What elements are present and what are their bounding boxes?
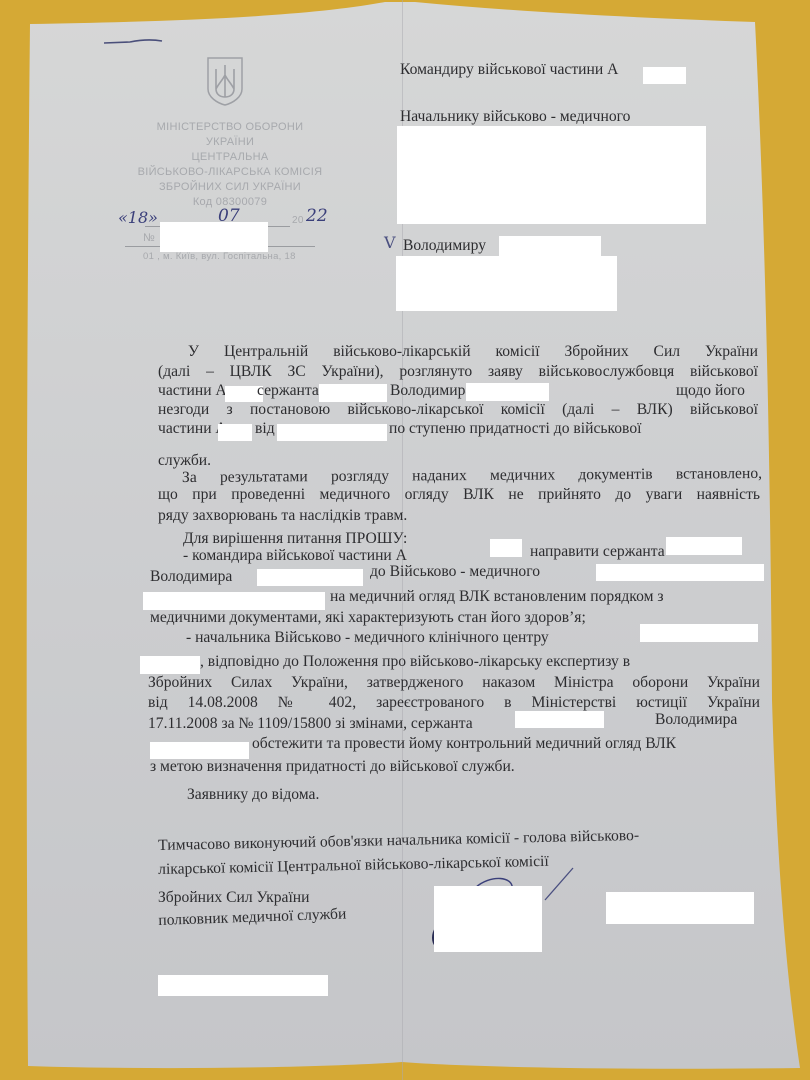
letterhead-line: УКРАЇНИ: [120, 135, 340, 150]
body-line: ряду захворювань та наслідків травм.: [158, 506, 407, 526]
redaction: [466, 383, 549, 401]
body-fragment: 17.11.2008 за № 1109/15800 зі змінами, с…: [148, 714, 473, 734]
date-year: 22: [306, 206, 328, 226]
redaction: [596, 564, 764, 581]
body-line: незгоди з постановою військово-лікарсько…: [158, 400, 758, 420]
body-fragment: Володимира: [150, 567, 232, 587]
redaction: [277, 424, 387, 441]
letterhead-block: МІНІСТЕРСТВО ОБОРОНИ УКРАЇНИ ЦЕНТРАЛЬНА …: [120, 120, 340, 210]
addressee-recipient: Володимиру: [403, 236, 486, 256]
trident-coat-of-arms-icon: [205, 55, 245, 107]
redaction: [257, 569, 363, 586]
signature-line: Збройних Сил України: [158, 888, 309, 908]
body-fragment: частини А: [158, 419, 227, 439]
redaction: [160, 222, 268, 252]
closing-note: Заявнику до відома.: [187, 785, 319, 805]
body-fragment: направити сержанта: [530, 542, 665, 562]
letterhead-line: ЦЕНТРАЛЬНА: [120, 150, 340, 165]
body-fragment: , відповідно до Положення про військово-…: [200, 652, 630, 672]
body-fragment: від: [255, 419, 275, 439]
redaction: [396, 256, 617, 311]
redaction: [606, 892, 754, 924]
body-line: У Центральній військово-лікарській коміс…: [188, 342, 758, 362]
date-day: «18»: [118, 208, 158, 227]
number-label: №: [143, 232, 155, 244]
pen-scribble-mark: [100, 34, 170, 50]
redaction: [640, 624, 758, 642]
body-line: За результатами розгляду наданих медични…: [182, 464, 762, 488]
date-year-prefix: 20: [292, 215, 304, 226]
letterhead-line: ВІЙСЬКОВО-ЛІКАРСЬКА КОМІСІЯ: [120, 165, 340, 180]
body-fragment: Володимира: [390, 381, 472, 401]
redaction: [218, 424, 252, 441]
redaction: [515, 711, 604, 728]
body-fragment: - начальника Військово - медичного кліні…: [186, 628, 549, 648]
redaction: [158, 975, 328, 996]
body-fragment: по ступеню придатності до військової: [389, 419, 641, 439]
redaction: [643, 67, 686, 84]
body-fragment: сержанта: [257, 381, 319, 401]
redaction: [499, 236, 601, 256]
letterhead-address: 01 , м. Київ, вул. Госпітальна, 18: [143, 251, 296, 262]
letterhead-line: ЗБРОЙНИХ СИЛ УКРАЇНИ: [120, 180, 340, 195]
addressee-commander: Командиру військової частини А: [400, 60, 618, 80]
body-fragment: Володимира: [655, 710, 737, 730]
body-line: (далі – ЦВЛК ЗС України), розглянуто зая…: [158, 362, 758, 382]
body-fragment: до Військово - медичного: [370, 562, 540, 582]
body-line: що при проведенні медичного огляду ВЛК н…: [158, 485, 760, 505]
body-fragment: на медичний огляд ВЛК встановленим поряд…: [330, 587, 664, 607]
body-fragment: обстежити та провести йому контрольний м…: [252, 734, 676, 754]
body-line: з метою визначення придатності до військ…: [150, 757, 515, 777]
redaction: [140, 656, 200, 674]
body-fragment: щодо його: [676, 381, 745, 401]
redaction: [434, 886, 542, 952]
body-line: медичними документами, які характеризуют…: [150, 608, 586, 628]
redaction: [490, 539, 522, 557]
addressee-medical-head: Начальнику військово - медичного: [400, 107, 630, 127]
redaction: [397, 126, 706, 224]
redaction: [666, 537, 742, 555]
body-line: Збройних Силах України, затвердженого на…: [148, 673, 760, 693]
paper-sheet: МІНІСТЕРСТВО ОБОРОНИ УКРАЇНИ ЦЕНТРАЛЬНА …: [0, 0, 810, 1080]
check-mark: V: [384, 233, 396, 252]
letterhead-line: МІНІСТЕРСТВО ОБОРОНИ: [120, 120, 340, 135]
body-fragment: частини А: [158, 381, 227, 401]
